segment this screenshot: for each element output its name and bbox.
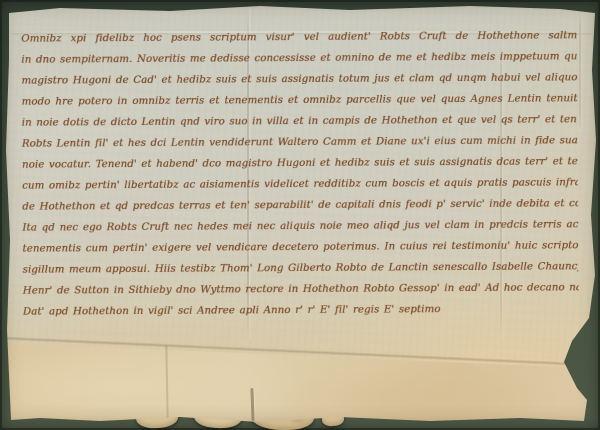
manuscript-text: Omnibz xpi fidelibz hoc psens scriptum v… (21, 25, 579, 322)
seal-tag-slit (250, 388, 254, 421)
manuscript-line: Dat' apd Hothethon in vigil' sci Andree … (23, 298, 579, 322)
plica-vertical-crease (165, 346, 168, 420)
plica-fold-crease (0, 336, 600, 368)
vertical-crease-edge (579, 10, 581, 130)
charter-photo: Omnibz xpi fidelibz hoc psens scriptum v… (0, 0, 600, 430)
plica-fold (0, 334, 600, 430)
parchment: Omnibz xpi fidelibz hoc psens scriptum v… (0, 0, 600, 430)
